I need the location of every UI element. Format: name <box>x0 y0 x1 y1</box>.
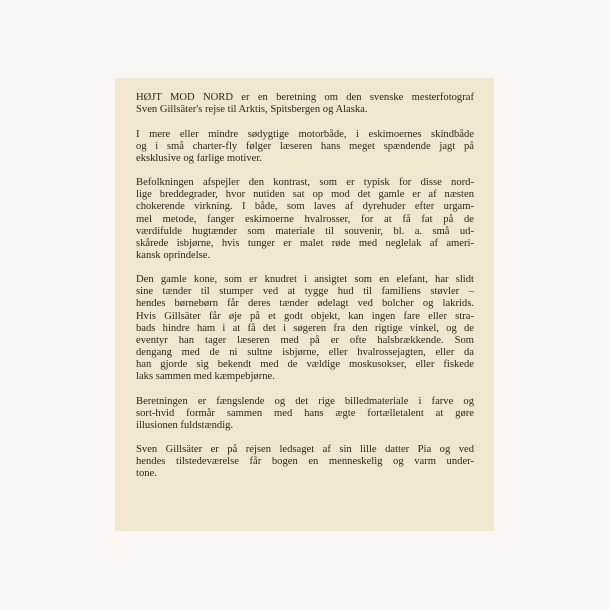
text-line: skårede isbjørne, hvis tunger er malet r… <box>136 238 474 250</box>
text-line: hendes børnebørn får deres tænder ødelag… <box>136 298 474 310</box>
text-line: mel metode, fanger eskimoerne hvalrosser… <box>136 214 474 226</box>
text-line: hendes tilstedeværelse får bogen en menn… <box>136 456 474 468</box>
text-line: Sven Gillsäter's rejse til Arktis, Spits… <box>136 104 474 116</box>
text-line: og i små charter-fly følger læseren hans… <box>136 141 474 153</box>
text-line: dengang med de ni sultne isbjørne, eller… <box>136 347 474 359</box>
text-line: Den gamle kone, som er knudret i ansigte… <box>136 274 474 286</box>
text-line: han gjorde sig bekendt med de vældige mo… <box>136 359 474 371</box>
paragraph-intro: HØJT MOD NORD er en beretning om den sve… <box>136 92 474 116</box>
text-line: Hvis Gillsäter får øje på et godt objekt… <box>136 311 474 323</box>
text-line: sort-hvid formår sammen med hans ægte fo… <box>136 408 474 420</box>
text-line: bads hindre ham i at få det i søgeren fr… <box>136 323 474 335</box>
paragraph-daughter: Sven Gillsäter er på rejsen ledsaget af … <box>136 444 474 480</box>
text-line: tone. <box>136 468 474 480</box>
book-jacket-flap-page: HØJT MOD NORD er en beretning om den sve… <box>115 78 494 531</box>
text-line: illusionen fuldstændig. <box>136 420 474 432</box>
text-line: Sven Gillsäter er på rejsen ledsaget af … <box>136 444 474 456</box>
paragraph-boats: I mere eller mindre sødygtige motorbåde,… <box>136 129 474 165</box>
text-line: Beretningen er fængslende og det rige bi… <box>136 396 474 408</box>
text-line: chokerende virkning. I både, som laves a… <box>136 201 474 213</box>
text-line: sine tænder til stumper ved at tygge hud… <box>136 286 474 298</box>
text-line: eksklusive og farlige motiver. <box>136 153 474 165</box>
text-line: værdifulde hugtænder som materiale til s… <box>136 226 474 238</box>
text-line: Befolkningen afspejler den kontrast, som… <box>136 177 474 189</box>
text-line: laks sammen med kæmpebjørne. <box>136 371 474 383</box>
paragraph-old-woman: Den gamle kone, som er knudret i ansigte… <box>136 274 474 383</box>
text-line: I mere eller mindre sødygtige motorbåde,… <box>136 129 474 141</box>
paragraph-captivating: Beretningen er fængslende og det rige bi… <box>136 396 474 432</box>
text-line: kansk oprindelse. <box>136 250 474 262</box>
text-line: lige breddegrader, hvor nutiden sat op m… <box>136 189 474 201</box>
paragraph-population: Befolkningen afspejler den kontrast, som… <box>136 177 474 262</box>
text-line: HØJT MOD NORD er en beretning om den sve… <box>136 92 474 104</box>
text-line: eventyr han tager læseren med på er ofte… <box>136 335 474 347</box>
